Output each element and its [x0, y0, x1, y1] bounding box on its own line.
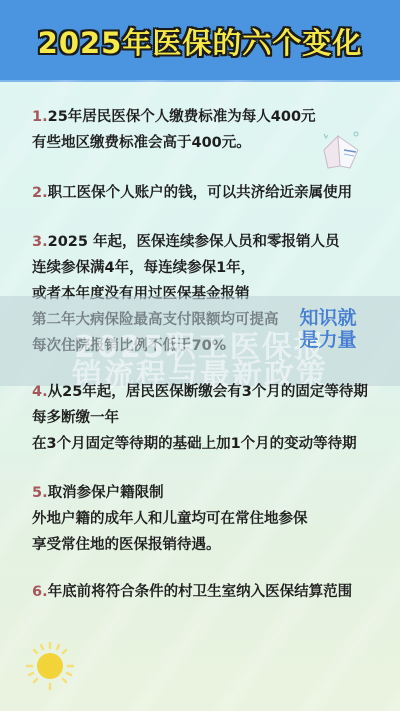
item-text: 在3个月固定等待期的基础上加1个月的变动等待期: [32, 431, 368, 457]
item-2: 2.职工医保个人账户的钱，可以共济给近亲属使用: [32, 180, 352, 206]
item-number: 5: [32, 485, 42, 501]
item-number: 1: [32, 109, 42, 125]
item-5: 5.取消参保户籍限制 外地户籍的成年人和儿童均可在常住地参保 享受常住地的医保报…: [32, 480, 308, 558]
item-number: 2: [32, 185, 42, 201]
page-title: 2025年医保的六个变化: [38, 21, 363, 62]
item-text: 年底前将符合条件的村卫生室纳入医保结算范围: [48, 584, 353, 600]
header-banner: 2025年医保的六个变化: [0, 0, 400, 82]
knowledge-stamp: 知识就 是力量: [288, 307, 368, 351]
item-text: 从25年起，居民医保断缴会有3个月的固定等待期: [48, 384, 368, 400]
stamp-line-1: 知识就: [288, 307, 368, 329]
item-text: 2025 年起，医保连续参保人员和零报销人员: [48, 234, 340, 250]
item-number: 4: [32, 384, 42, 400]
item-number: 3: [32, 234, 42, 250]
item-4: 4.从25年起，居民医保断缴会有3个月的固定等待期 每多断缴一年 在3个月固定等…: [32, 379, 368, 457]
item-text: 每多断缴一年: [32, 405, 368, 431]
item-text: 连续参保满4年，每连续参保1年，: [32, 255, 340, 281]
item-text: 取消参保户籍限制: [48, 485, 164, 501]
sun-icon: [24, 640, 76, 692]
item-text: 外地户籍的成年人和儿童均可在常住地参保: [32, 506, 308, 532]
open-book-icon: [318, 128, 364, 174]
item-6: 6.年底前将符合条件的村卫生室纳入医保结算范围: [32, 579, 352, 605]
item-text: 享受常住地的医保报销待遇。: [32, 532, 308, 558]
stamp-line-2: 是力量: [288, 329, 368, 351]
item-text: 有些地区缴费标准会高于400元。: [32, 130, 316, 156]
item-text: 25年居民医保个人缴费标准为每人400元: [48, 109, 316, 125]
item-number: 6: [32, 584, 42, 600]
item-1: 1.25年居民医保个人缴费标准为每人400元 有些地区缴费标准会高于400元。: [32, 104, 316, 156]
item-text: 职工医保个人账户的钱，可以共济给近亲属使用: [48, 185, 353, 201]
